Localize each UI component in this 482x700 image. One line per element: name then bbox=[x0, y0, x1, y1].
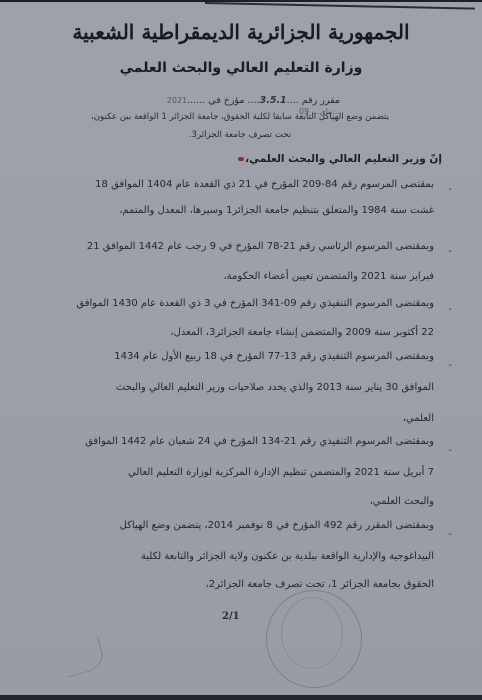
stamp-inner-ring bbox=[281, 597, 343, 669]
faint-ink-mark bbox=[59, 637, 107, 678]
clause-6-line-1: وبمقتضى المقرر رقم 492 المؤرخ في 8 نوفمب… bbox=[38, 521, 434, 531]
clause-4-line-1: وبمقتضى المرسوم التنفيذي رقم 13-77 المؤر… bbox=[38, 352, 434, 362]
bullet-5: - bbox=[448, 445, 452, 456]
subject-line-1: يتضمن وضع الهياكل التابعة سابقا لكلية ال… bbox=[60, 112, 420, 122]
clause-6-line-2: البيداغوجية والإدارية الواقعة ببلدية بن … bbox=[38, 552, 434, 562]
decree-number: 3.5.1 bbox=[260, 95, 287, 106]
stamp-mark bbox=[266, 590, 362, 688]
scan-bottom-edge bbox=[0, 695, 482, 700]
document-page: الجمهورية الجزائرية الديمقراطية الشعبية … bbox=[0, 2, 482, 695]
bullet-1: - bbox=[448, 184, 452, 195]
clause-2-line-2: فبراير سنة 2021 والمتضمن تعيين أعضاء الح… bbox=[38, 272, 434, 282]
bullet-3: - bbox=[448, 304, 452, 315]
clause-3-line-1: وبمقتضى المرسوم التنفيذي رقم 09-341 المؤ… bbox=[38, 299, 434, 309]
decree-label: مقرر رقم bbox=[302, 95, 340, 106]
clause-2-line-1: وبمقتضى المرسوم الرئاسي رقم 21-78 المؤرخ… bbox=[38, 242, 434, 252]
minister-intro: إنّ وزير التعليم العالي والبحث العلمي، bbox=[238, 153, 442, 165]
republic-title: الجمهورية الجزائرية الديمقراطية الشعبية bbox=[0, 20, 482, 44]
clause-4-line-2: الموافق 30 يناير سنة 2013 والذي يحدد صلا… bbox=[38, 383, 434, 393]
subject-line-2: تحت تصرف جامعة الجزائر3. bbox=[60, 130, 420, 140]
clause-1-line-1: بمقتضى المرسوم رقم 84-209 المؤرخ في 21 ذ… bbox=[38, 180, 434, 190]
scan-edge-line bbox=[205, 2, 475, 10]
clause-5-line-1: وبمقتضى المرسوم التنفيذي رقم 21-134 المؤ… bbox=[38, 437, 434, 447]
minister-intro-text: إنّ وزير التعليم العالي والبحث العلمي، bbox=[245, 153, 442, 165]
ink-mark bbox=[238, 157, 244, 161]
page-number: 2/1 bbox=[222, 611, 240, 622]
clause-4-line-3: العلمي، bbox=[38, 414, 434, 424]
ministry-title: وزارة التعليم العالي والبحث العلمي bbox=[0, 60, 482, 76]
bullet-4: - bbox=[448, 360, 452, 371]
clause-5-line-2: 7 أبريل سنة 2021 والمتضمن تنظيم الإدارة … bbox=[38, 468, 434, 478]
clause-5-line-3: والبحث العلمي، bbox=[38, 497, 434, 507]
clause-1-line-2: غشت سنة 1984 والمتعلق بتنظيم جامعة الجزا… bbox=[38, 206, 434, 216]
bullet-2: - bbox=[448, 246, 452, 257]
bullet-6: - bbox=[448, 529, 452, 540]
decree-dated-label: مؤرخ في bbox=[208, 95, 244, 106]
clause-3-line-2: 22 أكتوبر سنة 2009 والمتضمن إنشاء جامعة … bbox=[38, 328, 434, 338]
clause-6-line-3: الحقوق بجامعة الجزائر 1، تحت تصرف جامعة … bbox=[130, 580, 434, 590]
